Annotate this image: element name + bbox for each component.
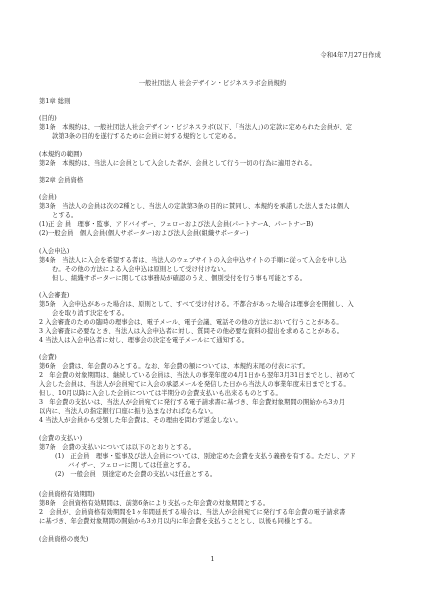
- document-line: む。その他の方法による入会申込は原則として受け付けない。: [52, 266, 230, 274]
- document-line: 4 当法人が会員から受領した年会費は、その理由を問わず返金しない。: [39, 417, 242, 425]
- document-line: 入会した会員は、当法人が会員宛てに入会の承認メールを発信した日から当法人の事業年…: [39, 381, 350, 389]
- document-line: 款第3条の目的を遂行するために会員に対する規約として定める。: [52, 133, 240, 141]
- document-line: (入会申込): [39, 248, 69, 256]
- document-line: (会費の支払い): [39, 435, 82, 443]
- document-line: (1) 正会員 理事・監事及び法人会員については、別途定めた会費を支払う義務を有…: [55, 453, 356, 461]
- document-line: (会費): [39, 354, 57, 362]
- document-line: 2 会員が、会員資格有効期間を1ヶ年間延長する場合は、当法人が会員宛てに発行する…: [39, 509, 345, 517]
- document-line: 以内に、当法人の指定銀行口座に振り込まなければならない。: [39, 408, 217, 416]
- document-line: 但し、10月以降に入会した会員については半期分の会費支払いも出来るものとする。: [39, 390, 282, 398]
- document-line: とする。: [52, 212, 77, 220]
- document-line: 第5条 入会申込があった場合は、原則として、すべて受け付ける。不都合があった場合…: [39, 301, 354, 309]
- document-line: バイザー、フェローに関しては任意とする。: [68, 462, 194, 470]
- document-line: 第7条 会費の支払いについては以下のとおりとする。: [39, 444, 195, 452]
- document-line: 第1章 総則: [39, 98, 71, 106]
- document-line: 2 年会費の対象期間は、継続している会員は、当法人の事業年度の4月1日から翌年3…: [39, 372, 355, 380]
- document-line: 但し、組織サポーターに関しては事務局が確認のうえ、個別受付を行う事も可能とする。: [52, 275, 306, 283]
- document-line: 第3条 当法人の会員は次の2種とし、当法人の定款第3条の目的に賛同し、本規約を承…: [39, 203, 349, 211]
- document-line: (入会審査): [39, 292, 69, 300]
- document-line: 第2章 会員資格: [39, 177, 83, 185]
- document-line: (本規約の範囲): [39, 151, 82, 159]
- document-line: 会を取り消す決定をする。: [52, 310, 128, 318]
- document-page: 令和4年7月27日作成 一般社団法人 社会デザイン・ビジネスラボ会員規約 第1章…: [0, 0, 425, 600]
- document-line: (目的): [39, 115, 57, 123]
- document-line: (2) 一般会員 別途定めた会費の支払いは任意とする。: [55, 471, 216, 479]
- document-line: 2 入会審査のための臨時の理事会は、電子メール、電子会議、電話その他の方法におい…: [39, 319, 343, 327]
- page-number: 1: [0, 556, 425, 564]
- document-line: 4 当法人は入会申込者に対し、理事会の決定を電子メールにて通知する。: [39, 337, 248, 345]
- document-line: 3 年会費の支払いは、当法人が会員宛てに発行する電子請求書に基づき、年会費対象期…: [39, 399, 345, 407]
- document-line: (会員資格有効期間): [39, 491, 95, 499]
- document-line: 第4条 当法人に入会を希望する者は、当法人のウェブサイトの入会申込サイトの手順に…: [39, 257, 347, 265]
- document-line: (会員資格の喪失): [39, 536, 88, 544]
- document-line: 第8条 会員資格有効期間は、前第6条により支払った年会費の対象期間とする。: [39, 500, 269, 508]
- document-line: 第2条 本規約は、当法人に会員として入会した者が、会員として行う一切の行為に適用…: [39, 160, 316, 168]
- document-line: 第1条 本規約は、一般社団法人社会デザイン・ビジネスラボ(以下、「当法人」)の定…: [39, 124, 352, 132]
- document-line: (1)正 会 員 理事・監事、アドバイザー、フェローおよび法人会員(パートナーA…: [39, 221, 313, 229]
- document-title: 一般社団法人 社会デザイン・ビジネスラボ会員規約: [0, 80, 425, 88]
- document-line: (2)一般会員 個人会員(個人サポーター)および法人会員(組織サポーター): [39, 230, 249, 238]
- document-line: 3 入会審査に必要なとき、当法人は入会申込者に対し、質問その他必要な資料の提出を…: [39, 328, 343, 336]
- document-line: (会員): [39, 194, 57, 202]
- document-line: 第6条 会費は、年会費のみとする。なお、年会費の額については、本規約末尾の付表に…: [39, 363, 309, 371]
- document-line: に基づき、年会費対象期間の開始から3カ月以内に年会費を支払うこととし、以後も同様…: [39, 518, 316, 526]
- document-date: 令和4年7月27日作成: [320, 52, 381, 60]
